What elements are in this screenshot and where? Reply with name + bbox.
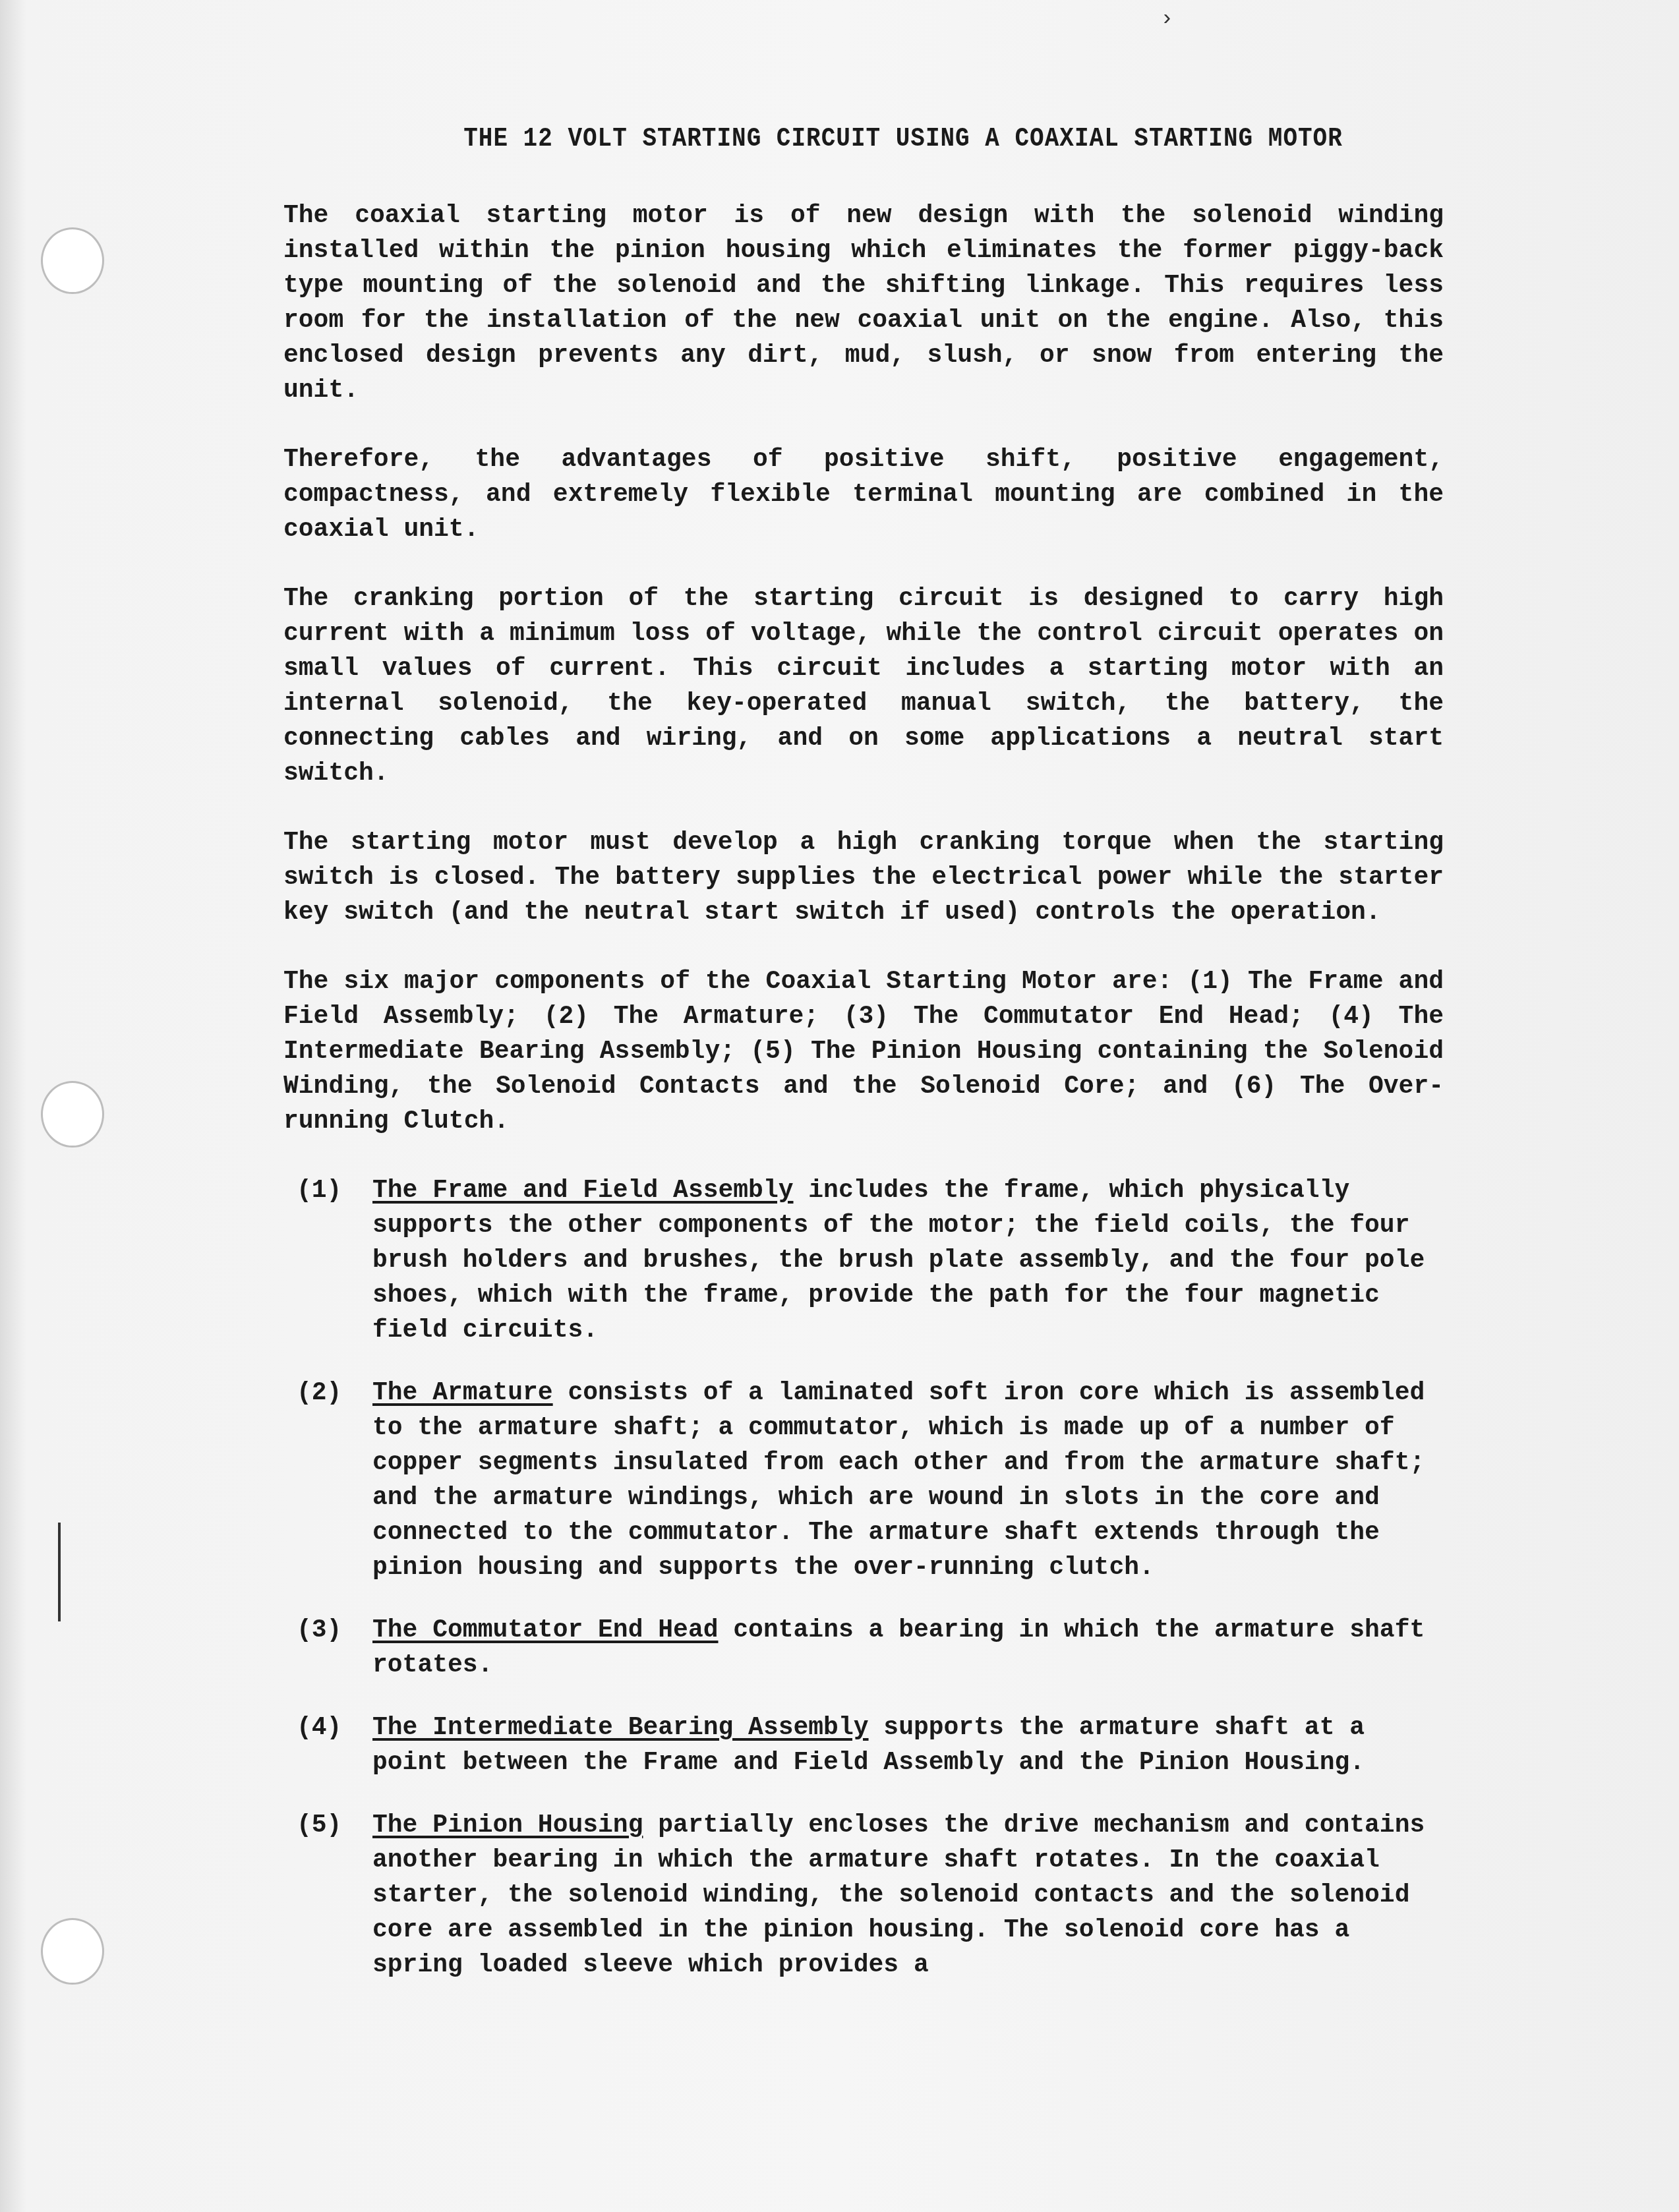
paragraph: The starting motor must develop a high c… xyxy=(283,825,1444,930)
item-number: (1) xyxy=(297,1173,372,1348)
item-body: The Commutator End Head contains a beari… xyxy=(372,1613,1444,1683)
item-number: (4) xyxy=(297,1710,372,1780)
item-body: The Armature consists of a laminated sof… xyxy=(372,1376,1444,1585)
scanned-page: › THE 12 VOLT STARTING CIRCUIT USING A C… xyxy=(0,0,1679,2212)
item-text: consists of a laminated soft iron core w… xyxy=(372,1379,1425,1582)
component-item: (3)The Commutator End Head contains a be… xyxy=(297,1613,1444,1683)
punch-hole xyxy=(41,1081,104,1148)
item-term: The Pinion Housing xyxy=(372,1811,643,1840)
item-number: (2) xyxy=(297,1376,372,1585)
item-term: The Frame and Field Assembly xyxy=(372,1177,794,1205)
corner-mark: › xyxy=(1160,7,1173,32)
component-item: (5)The Pinion Housing partially encloses… xyxy=(297,1808,1444,1983)
item-body: The Pinion Housing partially encloses th… xyxy=(372,1808,1444,1983)
item-number: (5) xyxy=(297,1808,372,1983)
margin-mark xyxy=(58,1523,61,1621)
paragraph: The coaxial starting motor is of new des… xyxy=(283,198,1444,408)
document-body: THE 12 VOLT STARTING CIRCUIT USING A COA… xyxy=(283,125,1444,2010)
paragraph: Therefore, the advantages of positive sh… xyxy=(283,442,1444,547)
punch-hole xyxy=(41,1918,104,1985)
paragraph: The cranking portion of the starting cir… xyxy=(283,581,1444,791)
item-term: The Commutator End Head xyxy=(372,1616,719,1644)
component-item: (4)The Intermediate Bearing Assembly sup… xyxy=(297,1710,1444,1780)
component-item: (2)The Armature consists of a laminated … xyxy=(297,1376,1444,1585)
item-term: The Intermediate Bearing Assembly xyxy=(372,1714,869,1742)
paragraph: The six major components of the Coaxial … xyxy=(283,964,1444,1139)
item-body: The Frame and Field Assembly includes th… xyxy=(372,1173,1444,1348)
punch-hole xyxy=(41,227,104,294)
item-number: (3) xyxy=(297,1613,372,1683)
item-body: The Intermediate Bearing Assembly suppor… xyxy=(372,1710,1444,1780)
page-title: THE 12 VOLT STARTING CIRCUIT USING A COA… xyxy=(363,123,1444,154)
component-item: (1)The Frame and Field Assembly includes… xyxy=(297,1173,1444,1348)
item-term: The Armature xyxy=(372,1379,553,1407)
